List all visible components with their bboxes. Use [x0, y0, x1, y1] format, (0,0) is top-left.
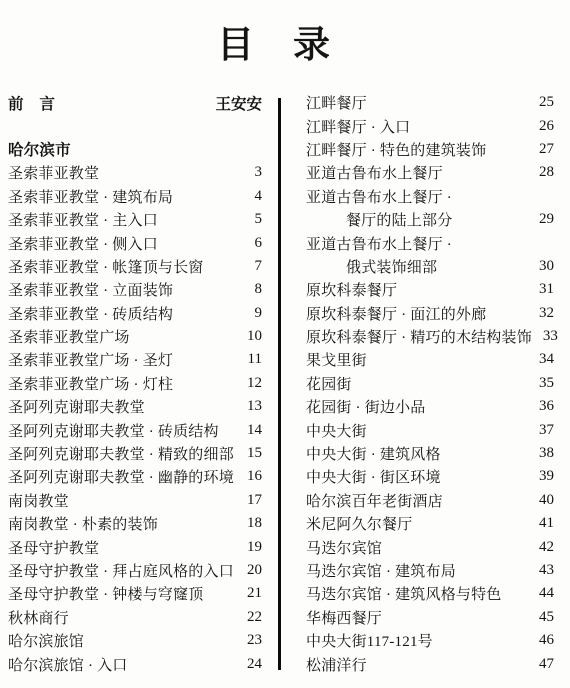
toc-entry: 圣索菲亚教堂 · 帐篷顶与长窗7 [8, 255, 262, 278]
toc-entry-title: 马迭尔宾馆 [306, 537, 382, 558]
toc-entry: 圣索菲亚教堂 · 侧入口6 [8, 231, 262, 254]
toc-entry-title: 圣母守护教堂 [8, 537, 99, 558]
toc-entry-page: 46 [528, 632, 554, 649]
toc-entry: 亚道古鲁布水上餐厅 · [306, 185, 554, 208]
toc-entry-page: 34 [528, 351, 554, 368]
right-entries: 江畔餐厅25江畔餐厅 · 入口26江畔餐厅 · 特色的建筑装饰27亚道古鲁布水上… [306, 91, 554, 676]
toc-entry: 马迭尔宾馆 · 建筑布局43 [306, 559, 554, 582]
toc-entry-title: 中央大街117-121号 [306, 630, 433, 651]
toc-entry: 餐厅的陆上部分29 [306, 208, 554, 231]
toc-entry-title: 中央大街 [306, 420, 367, 441]
toc-entry-title: 花园街 · 街边小品 [306, 396, 426, 417]
toc-entry-page: 47 [528, 656, 554, 673]
toc-entry: 中央大街 · 建筑风格38 [306, 442, 554, 465]
toc-entry: 亚道古鲁布水上餐厅 · [306, 231, 554, 254]
toc-entry-title: 圣母守护教堂 · 拜占庭风格的入口 [8, 560, 234, 581]
toc-entry-title: 圣索菲亚教堂 · 帐篷顶与长窗 [8, 256, 204, 277]
toc-entry: 花园街35 [306, 372, 554, 395]
toc-entry-title: 马迭尔宾馆 · 建筑风格与特色 [306, 583, 502, 604]
toc-entry: 圣阿列克谢耶夫教堂 · 精致的细部15 [8, 442, 262, 465]
toc-entry-page: 14 [236, 422, 262, 439]
toc-entry-title: 原坎科泰餐厅 · 面江的外廊 [306, 303, 486, 324]
toc-entry-page: 19 [236, 539, 262, 556]
toc-entry-page: 4 [236, 188, 262, 205]
toc-entry: 江畔餐厅25 [306, 91, 554, 114]
toc-entry-page: 41 [528, 515, 554, 532]
toc-entry-title: 秋林商行 [8, 607, 69, 628]
toc-entry: 圣索菲亚教堂3 [8, 161, 262, 184]
toc-entry-title: 圣阿列克谢耶夫教堂 [8, 396, 145, 417]
toc-entry-page: 45 [528, 609, 554, 626]
section-header-row: 哈尔滨市 [8, 138, 262, 161]
toc-entry-page: 15 [236, 445, 262, 462]
toc-entry-title: 餐厅的陆上部分 [306, 209, 452, 230]
toc-entry: 俄式装饰细部30 [306, 255, 554, 278]
toc-entry-title: 亚道古鲁布水上餐厅 [306, 162, 443, 183]
toc-entry-title: 米尼阿久尔餐厅 [306, 513, 412, 534]
toc-left-column: 前 言 王安安 哈尔滨市 圣索菲亚教堂3圣索菲亚教堂 · 建筑布局4圣索菲亚教堂… [8, 91, 262, 676]
toc-entry-page: 18 [236, 515, 262, 532]
toc-entry: 华梅西餐厅45 [306, 606, 554, 629]
toc-entry-title: 江畔餐厅 · 入口 [306, 116, 410, 137]
toc-entry-page: 16 [236, 468, 262, 485]
toc-entry-title: 圣阿列克谢耶夫教堂 · 幽静的环境 [8, 466, 234, 487]
toc-entry-title: 圣索菲亚教堂 · 建筑布局 [8, 186, 173, 207]
toc-entry: 中央大街 · 街区环境39 [306, 465, 554, 488]
toc-entry-page: 25 [528, 94, 554, 111]
toc-entry-page: 30 [528, 258, 554, 275]
toc-entry: 圣母守护教堂 · 钟楼与穹窿顶21 [8, 582, 262, 605]
toc-entry-page: 42 [528, 539, 554, 556]
toc-entry-title: 中央大街 · 街区环境 [306, 466, 441, 487]
toc-entry-page: 22 [236, 609, 262, 626]
toc-entry-title: 哈尔滨百年老街酒店 [306, 490, 443, 511]
toc-entry-title: 哈尔滨旅馆 [8, 630, 84, 651]
toc-entry: 圣阿列克谢耶夫教堂 · 砖质结构14 [8, 418, 262, 441]
toc-entry-page: 31 [528, 281, 554, 298]
toc-entry-page: 8 [236, 281, 262, 298]
toc-entry: 江畔餐厅 · 特色的建筑装饰27 [306, 138, 554, 161]
toc-entry-title: 果戈里街 [306, 349, 367, 370]
toc-entry: 马迭尔宾馆42 [306, 535, 554, 558]
toc-entry-page: 17 [236, 492, 262, 509]
toc-entry: 花园街 · 街边小品36 [306, 395, 554, 418]
toc-entry: 马迭尔宾馆 · 建筑风格与特色44 [306, 582, 554, 605]
toc-entry-page: 10 [236, 328, 262, 345]
toc-entry: 圣索菲亚教堂广场10 [8, 325, 262, 348]
toc-entry-title: 圣索菲亚教堂 [8, 162, 99, 183]
toc-entry-page: 43 [528, 562, 554, 579]
toc-entry-title: 江畔餐厅 [306, 92, 367, 113]
page-title: 目 录 [0, 14, 548, 68]
toc-entry-title: 松浦洋行 [306, 654, 367, 675]
preface-row: 前 言 王安安 [8, 91, 262, 114]
toc-entry: 圣母守护教堂19 [8, 535, 262, 558]
toc-entry: 松浦洋行47 [306, 652, 554, 675]
toc-entry-title: 江畔餐厅 · 特色的建筑装饰 [306, 139, 486, 160]
toc-entry-page: 40 [528, 492, 554, 509]
toc-entry-page: 5 [236, 211, 262, 228]
toc-entry-page: 28 [528, 164, 554, 181]
toc-entry: 秋林商行22 [8, 606, 262, 629]
toc-entry-title: 圣阿列克谢耶夫教堂 · 砖质结构 [8, 420, 219, 441]
toc-entry-page: 11 [236, 351, 262, 368]
toc-entry-title: 圣索菲亚教堂广场 · 圣灯 [8, 349, 173, 370]
column-divider [278, 98, 281, 670]
toc-entry-title: 花园街 [306, 373, 352, 394]
toc-entry-title: 圣索菲亚教堂 · 侧入口 [8, 233, 158, 254]
toc-entry-title: 南岗教堂 [8, 490, 69, 511]
toc-entry-page: 26 [528, 118, 554, 135]
toc-entry-page: 39 [528, 468, 554, 485]
preface-author: 王安安 [211, 92, 262, 114]
toc-entry-title: 华梅西餐厅 [306, 607, 382, 628]
toc-entry-page: 13 [236, 398, 262, 415]
toc-entry: 原坎科泰餐厅 · 面江的外廊32 [306, 302, 554, 325]
toc-entry: 中央大街117-121号46 [306, 629, 554, 652]
toc-entry: 圣母守护教堂 · 拜占庭风格的入口20 [8, 559, 262, 582]
toc-entry-page: 44 [528, 585, 554, 602]
toc-entry: 南岗教堂 · 朴素的装饰18 [8, 512, 262, 535]
toc-entry: 中央大街37 [306, 418, 554, 441]
toc-entry: 圣索菲亚教堂广场 · 灯柱12 [8, 372, 262, 395]
toc-entry-page: 24 [236, 656, 262, 673]
toc-entry: 哈尔滨旅馆23 [8, 629, 262, 652]
section-header-harbin: 哈尔滨市 [8, 138, 71, 160]
toc-entry-title: 南岗教堂 · 朴素的装饰 [8, 513, 158, 534]
toc-entry: 哈尔滨旅馆 · 入口24 [8, 652, 262, 675]
toc-entry-title: 圣索菲亚教堂 · 主入口 [8, 209, 158, 230]
preface-label: 前 言 [8, 92, 55, 114]
toc-entry-page: 9 [236, 305, 262, 322]
toc-entry-page: 7 [236, 258, 262, 275]
toc-page: 目 录 前 言 王安安 哈尔滨市 圣索菲亚教堂3圣索菲亚教堂 · 建筑布局4圣索… [0, 0, 570, 688]
toc-entry-title: 原坎科泰餐厅 · 精巧的木结构装饰 [306, 326, 532, 347]
toc-entry-page: 23 [236, 632, 262, 649]
toc-entry: 圣索菲亚教堂 · 立面装饰8 [8, 278, 262, 301]
toc-entry: 米尼阿久尔餐厅41 [306, 512, 554, 535]
toc-entry-title: 哈尔滨旅馆 · 入口 [8, 654, 128, 675]
toc-entry-title: 圣索菲亚教堂广场 · 灯柱 [8, 373, 173, 394]
toc-entry: 圣索菲亚教堂 · 砖质结构9 [8, 302, 262, 325]
toc-entry-page: 27 [528, 141, 554, 158]
toc-entry-page: 20 [236, 562, 262, 579]
toc-entry-title: 圣母守护教堂 · 钟楼与穹窿顶 [8, 583, 204, 604]
toc-entry-title: 马迭尔宾馆 · 建筑布局 [306, 560, 456, 581]
toc-entry-title: 亚道古鲁布水上餐厅 · [306, 186, 452, 207]
toc-entry: 圣索菲亚教堂 · 主入口5 [8, 208, 262, 231]
left-entries: 圣索菲亚教堂3圣索菲亚教堂 · 建筑布局4圣索菲亚教堂 · 主入口5圣索菲亚教堂… [8, 161, 262, 676]
toc-entry: 圣阿列克谢耶夫教堂 · 幽静的环境16 [8, 465, 262, 488]
toc-entry-page: 21 [236, 585, 262, 602]
toc-entry-page: 6 [236, 235, 262, 252]
toc-entry: 哈尔滨百年老街酒店40 [306, 489, 554, 512]
toc-entry-page: 36 [528, 398, 554, 415]
toc-entry-page: 38 [528, 445, 554, 462]
toc-entry-page: 35 [528, 375, 554, 392]
toc-entry-title: 圣索菲亚教堂 · 砖质结构 [8, 303, 173, 324]
toc-entry-title: 俄式装饰细部 [306, 256, 437, 277]
toc-entry: 江畔餐厅 · 入口26 [306, 114, 554, 137]
toc-entry-page: 32 [528, 305, 554, 322]
toc-right-column: 江畔餐厅25江畔餐厅 · 入口26江畔餐厅 · 特色的建筑装饰27亚道古鲁布水上… [306, 91, 554, 676]
toc-entry: 原坎科泰餐厅31 [306, 278, 554, 301]
toc-entry-page: 3 [236, 164, 262, 181]
toc-entry-title: 圣阿列克谢耶夫教堂 · 精致的细部 [8, 443, 234, 464]
toc-entry-title: 圣索菲亚教堂 · 立面装饰 [8, 279, 173, 300]
toc-entry-page: 37 [528, 422, 554, 439]
toc-entry: 圣索菲亚教堂 · 建筑布局4 [8, 185, 262, 208]
toc-entry-title: 中央大街 · 建筑风格 [306, 443, 441, 464]
toc-entry-title: 亚道古鲁布水上餐厅 · [306, 233, 452, 254]
toc-entry-page: 33 [532, 328, 558, 345]
toc-entry: 亚道古鲁布水上餐厅28 [306, 161, 554, 184]
toc-entry: 果戈里街34 [306, 348, 554, 371]
toc-entry-page: 29 [528, 211, 554, 228]
toc-entry: 圣阿列克谢耶夫教堂13 [8, 395, 262, 418]
toc-entry: 南岗教堂17 [8, 489, 262, 512]
toc-entry: 原坎科泰餐厅 · 精巧的木结构装饰33 [306, 325, 554, 348]
toc-entry-title: 圣索菲亚教堂广场 [8, 326, 130, 347]
toc-entry: 圣索菲亚教堂广场 · 圣灯11 [8, 348, 262, 371]
toc-entry-title: 原坎科泰餐厅 [306, 279, 397, 300]
toc-entry-page: 12 [236, 375, 262, 392]
